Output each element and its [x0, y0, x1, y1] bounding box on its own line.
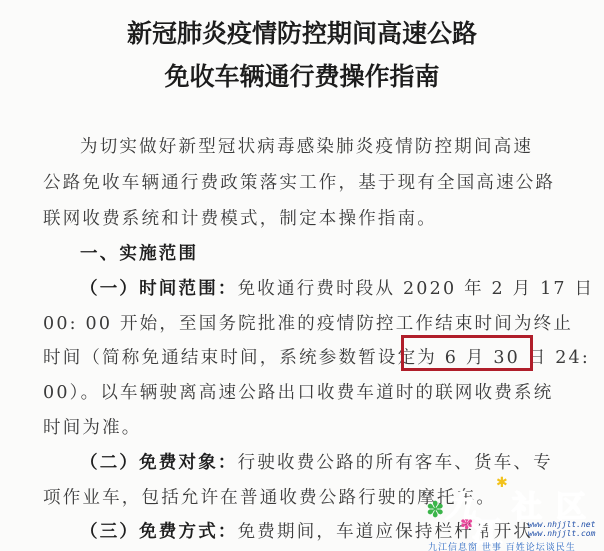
- intro-paragraph-line2: 公路免收车辆通行费政策落实工作，基于现有全国高速公路: [43, 169, 555, 194]
- item2-text: 行驶收费公路的所有客车、货车、专: [238, 453, 553, 473]
- red-highlight-box: [401, 335, 533, 371]
- item1-line1: （一）时间范围：免收通行费时段从 2020 年 2 月 17 日: [80, 275, 594, 300]
- item2-line1: （二）免费对象：行驶收费公路的所有客车、货车、专: [80, 449, 553, 474]
- item1-line5: 时间为准。: [43, 414, 142, 439]
- item1-line3-text: 时间（简称免通结束时间，系统参数暂设定为: [43, 348, 437, 368]
- section1-heading: 一、实施范围: [80, 240, 198, 265]
- watermark-logo: ✽ ✽ ✱ 九 江 社 区 www.nhjjlt.net www.nhjjlt.…: [432, 478, 604, 551]
- document-title-line1: 新冠肺炎疫情防控期间高速公路: [0, 14, 604, 50]
- green-flower-icon: ✽: [426, 500, 444, 522]
- item1-line2: 00: 00 开始，至国务院批准的疫情防控工作结束时间为终止: [43, 310, 573, 335]
- item1-text: 免收通行费时段从 2020 年 2 月 17 日: [238, 279, 595, 299]
- logo-url-com: www.nhjjlt.com: [528, 529, 595, 538]
- intro-paragraph-line3: 联网收费系统和计费模式，制定本操作指南。: [43, 205, 437, 230]
- item2-label: （二）免费对象：: [80, 453, 238, 473]
- intro-paragraph-line1: 为切实做好新型冠状病毒感染肺炎疫情防控期间高速: [80, 133, 533, 158]
- logo-slogan: 九江信息窗 世事 百姓论坛谈民生: [428, 540, 576, 551]
- yellow-star-icon: ✱: [496, 476, 508, 490]
- logo-url-net: www.nhjjlt.net: [528, 520, 595, 529]
- item3-label: （三）免费方式：: [80, 522, 238, 542]
- item1-label: （一）时间范围：: [80, 279, 238, 299]
- item1-line4: 00）。以车辆驶离高速公路出口收费车道时的联网收费系统: [43, 379, 553, 404]
- document-title-line2: 免收车辆通行费操作指南: [0, 57, 604, 93]
